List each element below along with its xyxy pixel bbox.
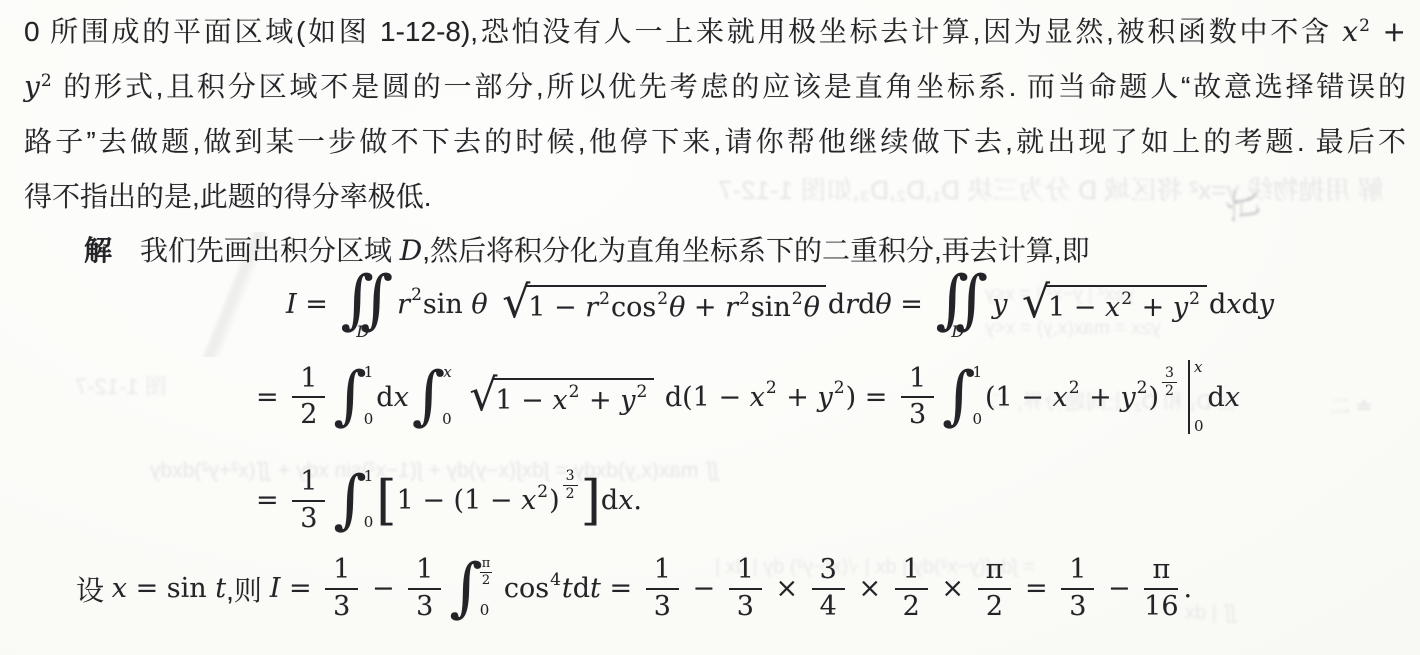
math-superscript: 4 <box>550 570 561 590</box>
radical-sign: √ <box>502 281 530 325</box>
math-roman: (1 − <box>985 382 1053 413</box>
math-superscript: 2 <box>569 382 580 402</box>
math-variable: D <box>400 234 422 267</box>
final-substitution-line: 设 x = sin t,则 I = 13 − 13∫π20 cos4tdt = … <box>76 556 1192 621</box>
math-roman: d <box>858 289 875 320</box>
fraction-numerator: 1 <box>895 556 928 589</box>
lower-limit: 0 <box>364 515 374 530</box>
upper-limit: 1 <box>364 365 374 380</box>
math-roman: × <box>933 573 973 604</box>
integral-limits: 10 <box>364 468 374 533</box>
lower-limit: 0 <box>364 412 374 427</box>
math-roman <box>488 289 497 320</box>
fraction-numerator: 1 <box>646 556 679 589</box>
math-variable: x <box>750 382 765 413</box>
integral: ∫10 <box>333 364 373 429</box>
math-superscript: 2 <box>1069 378 1080 398</box>
math-roman: = <box>1016 573 1056 604</box>
math-fraction: 32 <box>563 469 578 501</box>
integral: ∫x0 <box>412 364 452 429</box>
fraction-denominator: 2 <box>1165 383 1174 399</box>
integral-sign: ∫ <box>333 468 366 533</box>
region-label: D <box>356 324 369 340</box>
integral-sign: ∫ <box>942 364 975 429</box>
integral: ∫10 <box>333 468 373 533</box>
fraction-numerator: π <box>978 556 1012 589</box>
fraction-denominator: 3 <box>1069 590 1086 621</box>
math-variable: θ <box>804 292 820 323</box>
fraction-denominator: 4 <box>820 590 837 621</box>
region-label: D <box>951 324 964 340</box>
sqrt-radical: √1 − x2 + y2 <box>1022 282 1207 326</box>
math-fraction: 32 <box>1162 366 1177 398</box>
math-fraction: π16 <box>1144 556 1178 621</box>
fraction-denominator: 2 <box>903 590 920 621</box>
fraction-numerator: π <box>1144 556 1178 589</box>
math-roman: d <box>376 382 393 413</box>
cjk-text: 路子”去做题,做到某一步做不下去的时候,他停下来,请你帮他继续做下去,就出现了如… <box>24 126 1406 157</box>
math-roman: + <box>1133 292 1173 323</box>
math-roman: d <box>828 289 845 320</box>
fraction-denominator: 2 <box>482 573 490 588</box>
math-roman: sin <box>423 289 471 320</box>
math-fraction: 13 <box>1061 556 1094 621</box>
math-variable: r <box>725 292 738 323</box>
math-variable: I <box>286 289 297 320</box>
math-fraction: 13 <box>408 556 441 621</box>
math-roman: − <box>684 573 724 604</box>
fraction-denominator: 2 <box>566 486 575 502</box>
math-variable: x <box>521 485 536 516</box>
fraction-denominator: 3 <box>333 590 350 621</box>
integral: ∫π20 <box>449 556 492 621</box>
math-variable: x <box>1105 292 1120 323</box>
evaluation-bar: x0 <box>1188 360 1204 434</box>
math-roman: d <box>1241 289 1258 320</box>
math-roman: = <box>892 289 932 320</box>
bar-upper-limit: x <box>1194 360 1204 375</box>
math-fraction: 12 <box>292 365 325 430</box>
math-roman: d <box>1209 289 1226 320</box>
math-variable: x <box>552 385 567 416</box>
integral-sign: ∫ <box>333 364 366 429</box>
radicand: 1 − x2 + y2 <box>1045 285 1207 323</box>
math-roman: 1 − <box>1048 292 1105 323</box>
math-fraction: 13 <box>292 468 325 533</box>
paragraph-line-1: 0 所围成的平面区域(如图 1-12-8),恐怕没有人一上来就用极坐标去计算,因… <box>24 14 1406 54</box>
math-variable: r <box>585 292 598 323</box>
math-variable: y <box>1120 382 1135 413</box>
sqrt-radical: √1 − r2cos2θ + r2sin2θ <box>502 282 826 326</box>
math-superscript: 2 <box>537 482 548 502</box>
radicand: 1 − x2 + y2 <box>492 378 654 416</box>
fraction-denominator: 3 <box>737 590 754 621</box>
math-roman: × <box>850 573 890 604</box>
upper-limit: 1 <box>364 469 374 484</box>
math-roman: 1 − <box>495 385 552 416</box>
math-roman: = sin <box>127 573 215 604</box>
math-roman: = <box>601 573 641 604</box>
math-variable: θ <box>669 292 685 323</box>
math-variable: y <box>992 289 1007 320</box>
integral-sign: ∫ <box>449 556 482 621</box>
math-roman: cos <box>611 292 656 323</box>
fraction-numerator: 1 <box>729 556 762 589</box>
math-roman: = <box>256 485 287 516</box>
math-bracket: ] <box>581 474 601 527</box>
math-superscript: 2 <box>766 378 777 398</box>
radical-sign: √ <box>469 374 497 418</box>
bleedthrough-text: 二 ≐ <box>1330 390 1372 419</box>
fraction-numerator: 3 <box>812 556 845 589</box>
equation-line-1: I = ∫∫Dr2sin θ √1 − r2cos2θ + r2sin2θdrd… <box>286 268 1274 340</box>
fraction-numerator: 1 <box>901 365 934 398</box>
math-roman: d <box>573 573 590 604</box>
fraction-numerator: 1 <box>292 365 325 398</box>
math-variable: x <box>394 382 409 413</box>
math-variable: x <box>1225 382 1240 413</box>
math-fraction: 13 <box>325 556 358 621</box>
math-variable: I <box>270 573 281 604</box>
math-variable: r <box>397 289 410 320</box>
radicand: 1 − r2cos2θ + r2sin2θ <box>525 285 826 323</box>
math-fraction: 13 <box>729 556 762 621</box>
bar-lower-limit: 0 <box>1194 419 1204 434</box>
integral: ∫10 <box>942 364 982 429</box>
equation-line-2: = 12∫10dx∫x0 √1 − x2 + y2 d(1 − x2 + y2)… <box>256 360 1240 434</box>
math-roman: + <box>1081 382 1121 413</box>
limit-fraction: π2 <box>480 557 493 587</box>
fraction-denominator: 2 <box>986 590 1003 621</box>
fraction-denominator: 3 <box>654 590 671 621</box>
fraction-denominator: 16 <box>1144 590 1178 621</box>
math-fraction: 34 <box>812 556 845 621</box>
math-variable: y <box>818 382 833 413</box>
cjk-text: 我们先画出积分区域 <box>112 235 400 266</box>
math-roman: ) <box>1148 382 1159 413</box>
lower-limit: 0 <box>972 412 982 427</box>
math-superscript: 2 <box>1359 16 1370 36</box>
fraction-numerator: 3 <box>1162 366 1177 383</box>
scanned-textbook-page: 解 用抛物线 y=x² 将区域 D 分为三块 D₁,D₂,D₃,如图 1-12-… <box>0 0 1420 655</box>
math-roman: d(1 − <box>656 382 749 413</box>
fraction-numerator: 1 <box>408 556 441 589</box>
cjk-text: 的形式,且积分区域不是圆的一部分,所以优先考虑的应该是直角坐标系. 而当命题人“… <box>53 71 1406 102</box>
math-variable: y <box>1259 289 1274 320</box>
math-variable: x <box>1342 15 1358 48</box>
cjk-text: 得不指出的是,此题的得分率极低. <box>24 181 432 212</box>
integral-sign: ∫ <box>412 364 445 429</box>
math-variable: t <box>562 573 573 604</box>
math-superscript: 2 <box>1121 289 1132 309</box>
cjk-text: 设 <box>76 569 112 609</box>
equation-line-3: = 13∫10[1 − (1 − x2)32]dx. <box>256 468 642 533</box>
math-roman: + <box>778 382 818 413</box>
math-roman: ) = <box>846 382 896 413</box>
math-roman: . <box>633 485 642 516</box>
fraction-denominator: 2 <box>300 398 317 429</box>
math-roman: cos <box>495 573 549 604</box>
math-roman: = <box>297 289 337 320</box>
math-fraction: 13 <box>901 365 934 430</box>
double-integral: ∫∫D <box>935 268 988 340</box>
integral-limits: x0 <box>442 364 452 429</box>
math-roman: d <box>601 485 618 516</box>
cjk-text: ,则 <box>226 569 270 609</box>
math-superscript: 2 <box>599 289 610 309</box>
math-roman: + <box>685 292 725 323</box>
math-bracket: [ <box>376 474 396 527</box>
math-roman: + <box>1371 15 1406 48</box>
math-superscript: 2 <box>1137 378 1148 398</box>
cjk-text: 0 所围成的平面区域(如图 1-12-8),恐怕没有人一上来就用极坐标去计算,因… <box>24 16 1342 47</box>
math-superscript: 2 <box>834 378 845 398</box>
radical-sign: √ <box>1022 281 1050 325</box>
math-variable: t <box>590 573 601 604</box>
fraction-numerator: π <box>480 557 493 573</box>
paragraph-line-2: y2 的形式,且积分区域不是圆的一部分,所以优先考虑的应该是直角坐标系. 而当命… <box>24 69 1406 109</box>
math-superscript: 2 <box>41 71 52 91</box>
math-roman <box>1007 289 1016 320</box>
fraction-denominator: 3 <box>300 502 317 533</box>
bleedthrough-text: ∬ | dx <box>1185 600 1238 625</box>
math-variable: x <box>1053 382 1068 413</box>
math-roman: − <box>363 573 403 604</box>
fraction-denominator: 3 <box>416 590 433 621</box>
math-fraction: 12 <box>895 556 928 621</box>
bleedthrough-text: 图 1-12-7 <box>75 370 167 401</box>
math-superscript: 2 <box>636 382 647 402</box>
lower-limit: 0 <box>442 412 452 427</box>
math-roman: sin <box>751 292 791 323</box>
cjk-text: ,然后将积分化为直角坐标系下的二重积分,再去计算,即 <box>422 235 1089 266</box>
math-superscript: 2 <box>657 289 668 309</box>
math-superscript: 2 <box>1189 289 1200 309</box>
math-roman: . <box>1184 573 1193 604</box>
math-roman: 1 − <box>528 292 585 323</box>
double-integral: ∫∫D <box>340 268 393 340</box>
math-variable: x <box>1226 289 1241 320</box>
fraction-numerator: 1 <box>292 468 325 501</box>
math-variable: θ <box>471 289 487 320</box>
paragraph-line-4: 得不指出的是,此题的得分率极低. <box>24 179 1406 215</box>
math-roman: = <box>280 573 320 604</box>
math-roman: − <box>1099 573 1139 604</box>
math-variable: y <box>1173 292 1188 323</box>
solution-label: 解 <box>84 235 112 266</box>
math-superscript: 2 <box>411 285 422 305</box>
math-roman: d <box>1207 382 1224 413</box>
upper-limit: 1 <box>972 365 982 380</box>
sqrt-radical: √1 − x2 + y2 <box>469 375 654 419</box>
math-roman <box>455 382 464 413</box>
math-fraction: π2 <box>978 556 1012 621</box>
math-fraction: 13 <box>646 556 679 621</box>
math-variable: t <box>215 573 226 604</box>
fraction-numerator: 3 <box>563 469 578 486</box>
math-roman: 1 − (1 − <box>397 485 521 516</box>
math-roman: + <box>580 385 620 416</box>
math-variable: y <box>620 385 635 416</box>
math-roman: = <box>256 382 287 413</box>
math-variable: y <box>24 70 40 103</box>
upper-limit: x <box>443 365 451 380</box>
lower-limit: 0 <box>480 603 490 618</box>
math-variable: θ <box>875 289 891 320</box>
fraction-numerator: 1 <box>1061 556 1094 589</box>
math-variable: x <box>618 485 633 516</box>
math-superscript: 2 <box>792 289 803 309</box>
math-variable: x <box>112 573 127 604</box>
integral-limits: π20 <box>480 556 493 621</box>
math-superscript: 2 <box>739 289 750 309</box>
math-roman: × <box>767 573 807 604</box>
fraction-numerator: 1 <box>325 556 358 589</box>
fraction-denominator: 3 <box>909 398 926 429</box>
math-roman: ) <box>549 485 560 516</box>
math-variable: r <box>845 289 858 320</box>
paragraph-line-3: 路子”去做题,做到某一步做不下去的时候,他停下来,请你帮他继续做下去,就出现了如… <box>24 124 1406 160</box>
integral-limits: 10 <box>364 364 374 429</box>
integral-limits: 10 <box>972 364 982 429</box>
